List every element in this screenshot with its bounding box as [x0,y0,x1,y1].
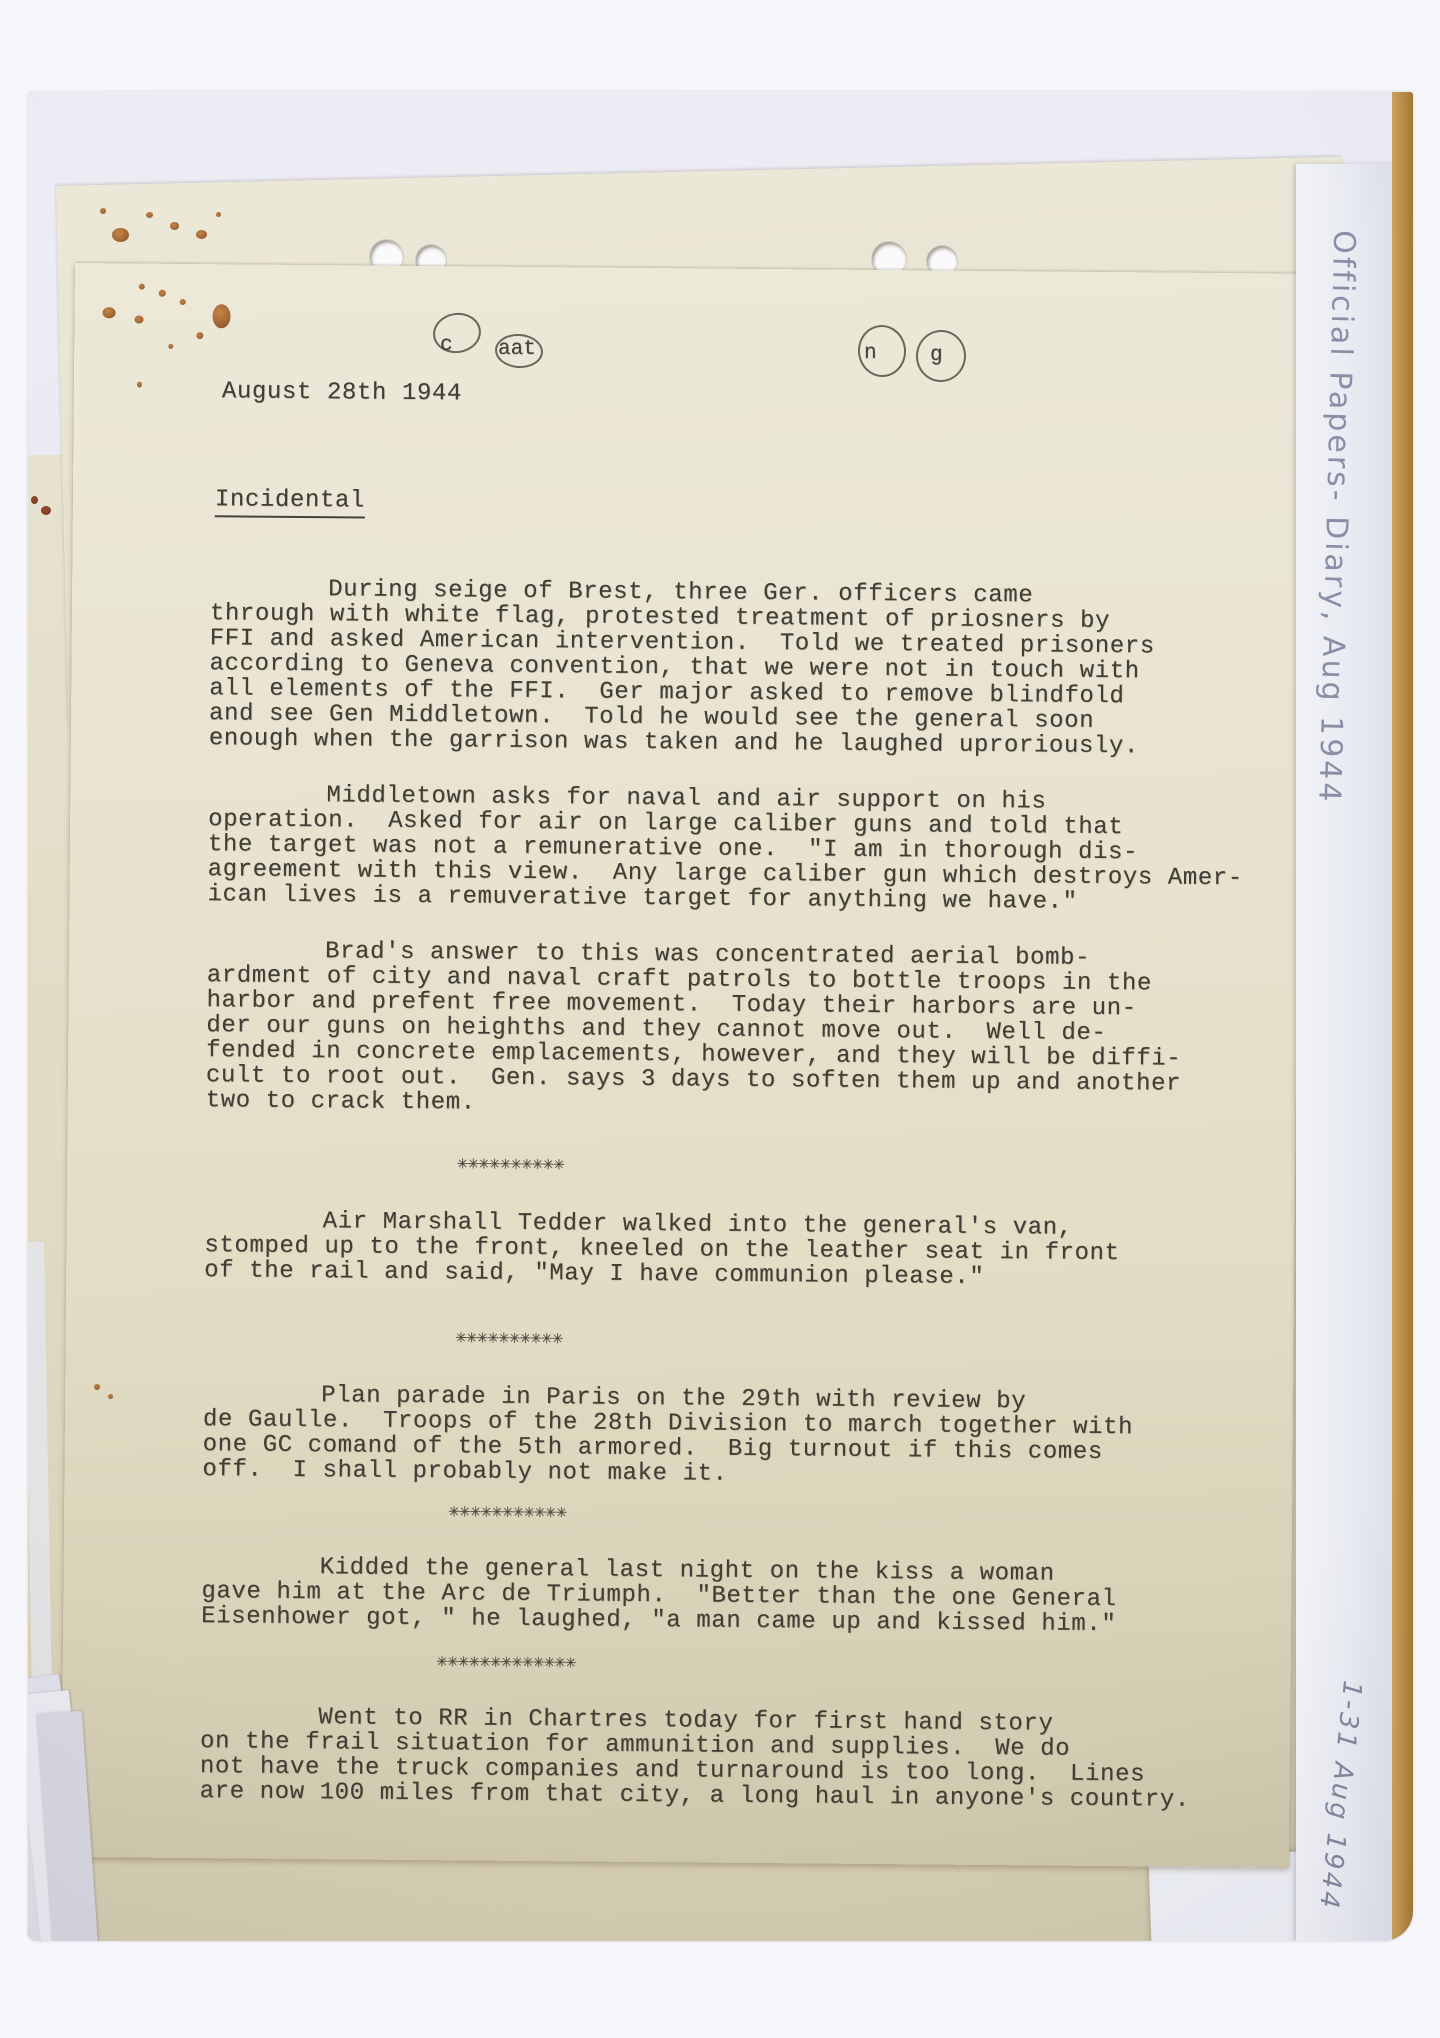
rust-stain [212,304,230,328]
diary-paragraph: During seige of Brest, three Ger. office… [209,576,1285,760]
rust-stain [180,299,186,305]
diary-paragraph: Air Marshall Tedder walked into the gene… [204,1208,1280,1292]
bottom-date-label: 1-31 Aug 1944 [1311,1679,1367,1931]
typed-fragment: g [930,344,943,367]
rust-stain [216,212,221,217]
cardboard-backing [1392,92,1413,1941]
rust-stain [168,344,173,349]
typed-fragment: aat [498,338,536,361]
rust-stain [139,284,145,290]
date-line: August 28th 1944 [222,378,462,407]
rust-stain [100,208,106,214]
rust-stain [94,1384,100,1390]
diary-paragraph: Went to RR in Chartres today for first h… [200,1704,1276,1813]
diary-paragraph: Brad's answer to this was concentrated a… [206,938,1282,1122]
rust-stain [159,290,166,297]
section-heading: Incidental [215,486,365,518]
rust-stain [103,307,116,318]
asterisk-separator: ✳✳✳✳✳✳✳✳✳✳✳✳✳ [201,1652,811,1673]
rust-stain [108,1394,113,1399]
scanned-diary-photo-page: August 28th 1944 Incidental During seige… [0,0,1440,2038]
rust-stain [112,228,129,242]
asterisk-separator: ✳✳✳✳✳✳✳✳✳✳ [204,1328,814,1349]
asterisk-separator: ✳✳✳✳✳✳✳✳✳✳✳ [202,1502,812,1523]
rust-stain [146,212,153,218]
diary-paragraph: Kidded the general last night on the kis… [201,1554,1277,1638]
side-tab: Official Papers- Diary, Aug 1944 1-31 Au… [1296,164,1394,1941]
rust-stain [41,506,51,515]
rust-stain [170,222,179,230]
rust-stain [31,496,38,504]
rust-stain [137,382,142,388]
rust-stain [134,316,143,324]
rust-stain [196,332,203,339]
asterisk-separator: ✳✳✳✳✳✳✳✳✳✳ [205,1154,815,1175]
typed-fragment: c [440,334,453,357]
diary-paragraph: Plan parade in Paris on the 29th with re… [202,1382,1278,1491]
diary-paragraph: Middletown asks for naval and air suppor… [207,782,1283,916]
side-tab-label: Official Papers- Diary, Aug 1944 [1310,230,1362,871]
front-page: August 28th 1944 Incidental During seige… [61,263,1303,1868]
document-photo: August 28th 1944 Incidental During seige… [28,92,1413,1941]
rust-stain [196,230,207,239]
typed-fragment: n [864,342,877,365]
